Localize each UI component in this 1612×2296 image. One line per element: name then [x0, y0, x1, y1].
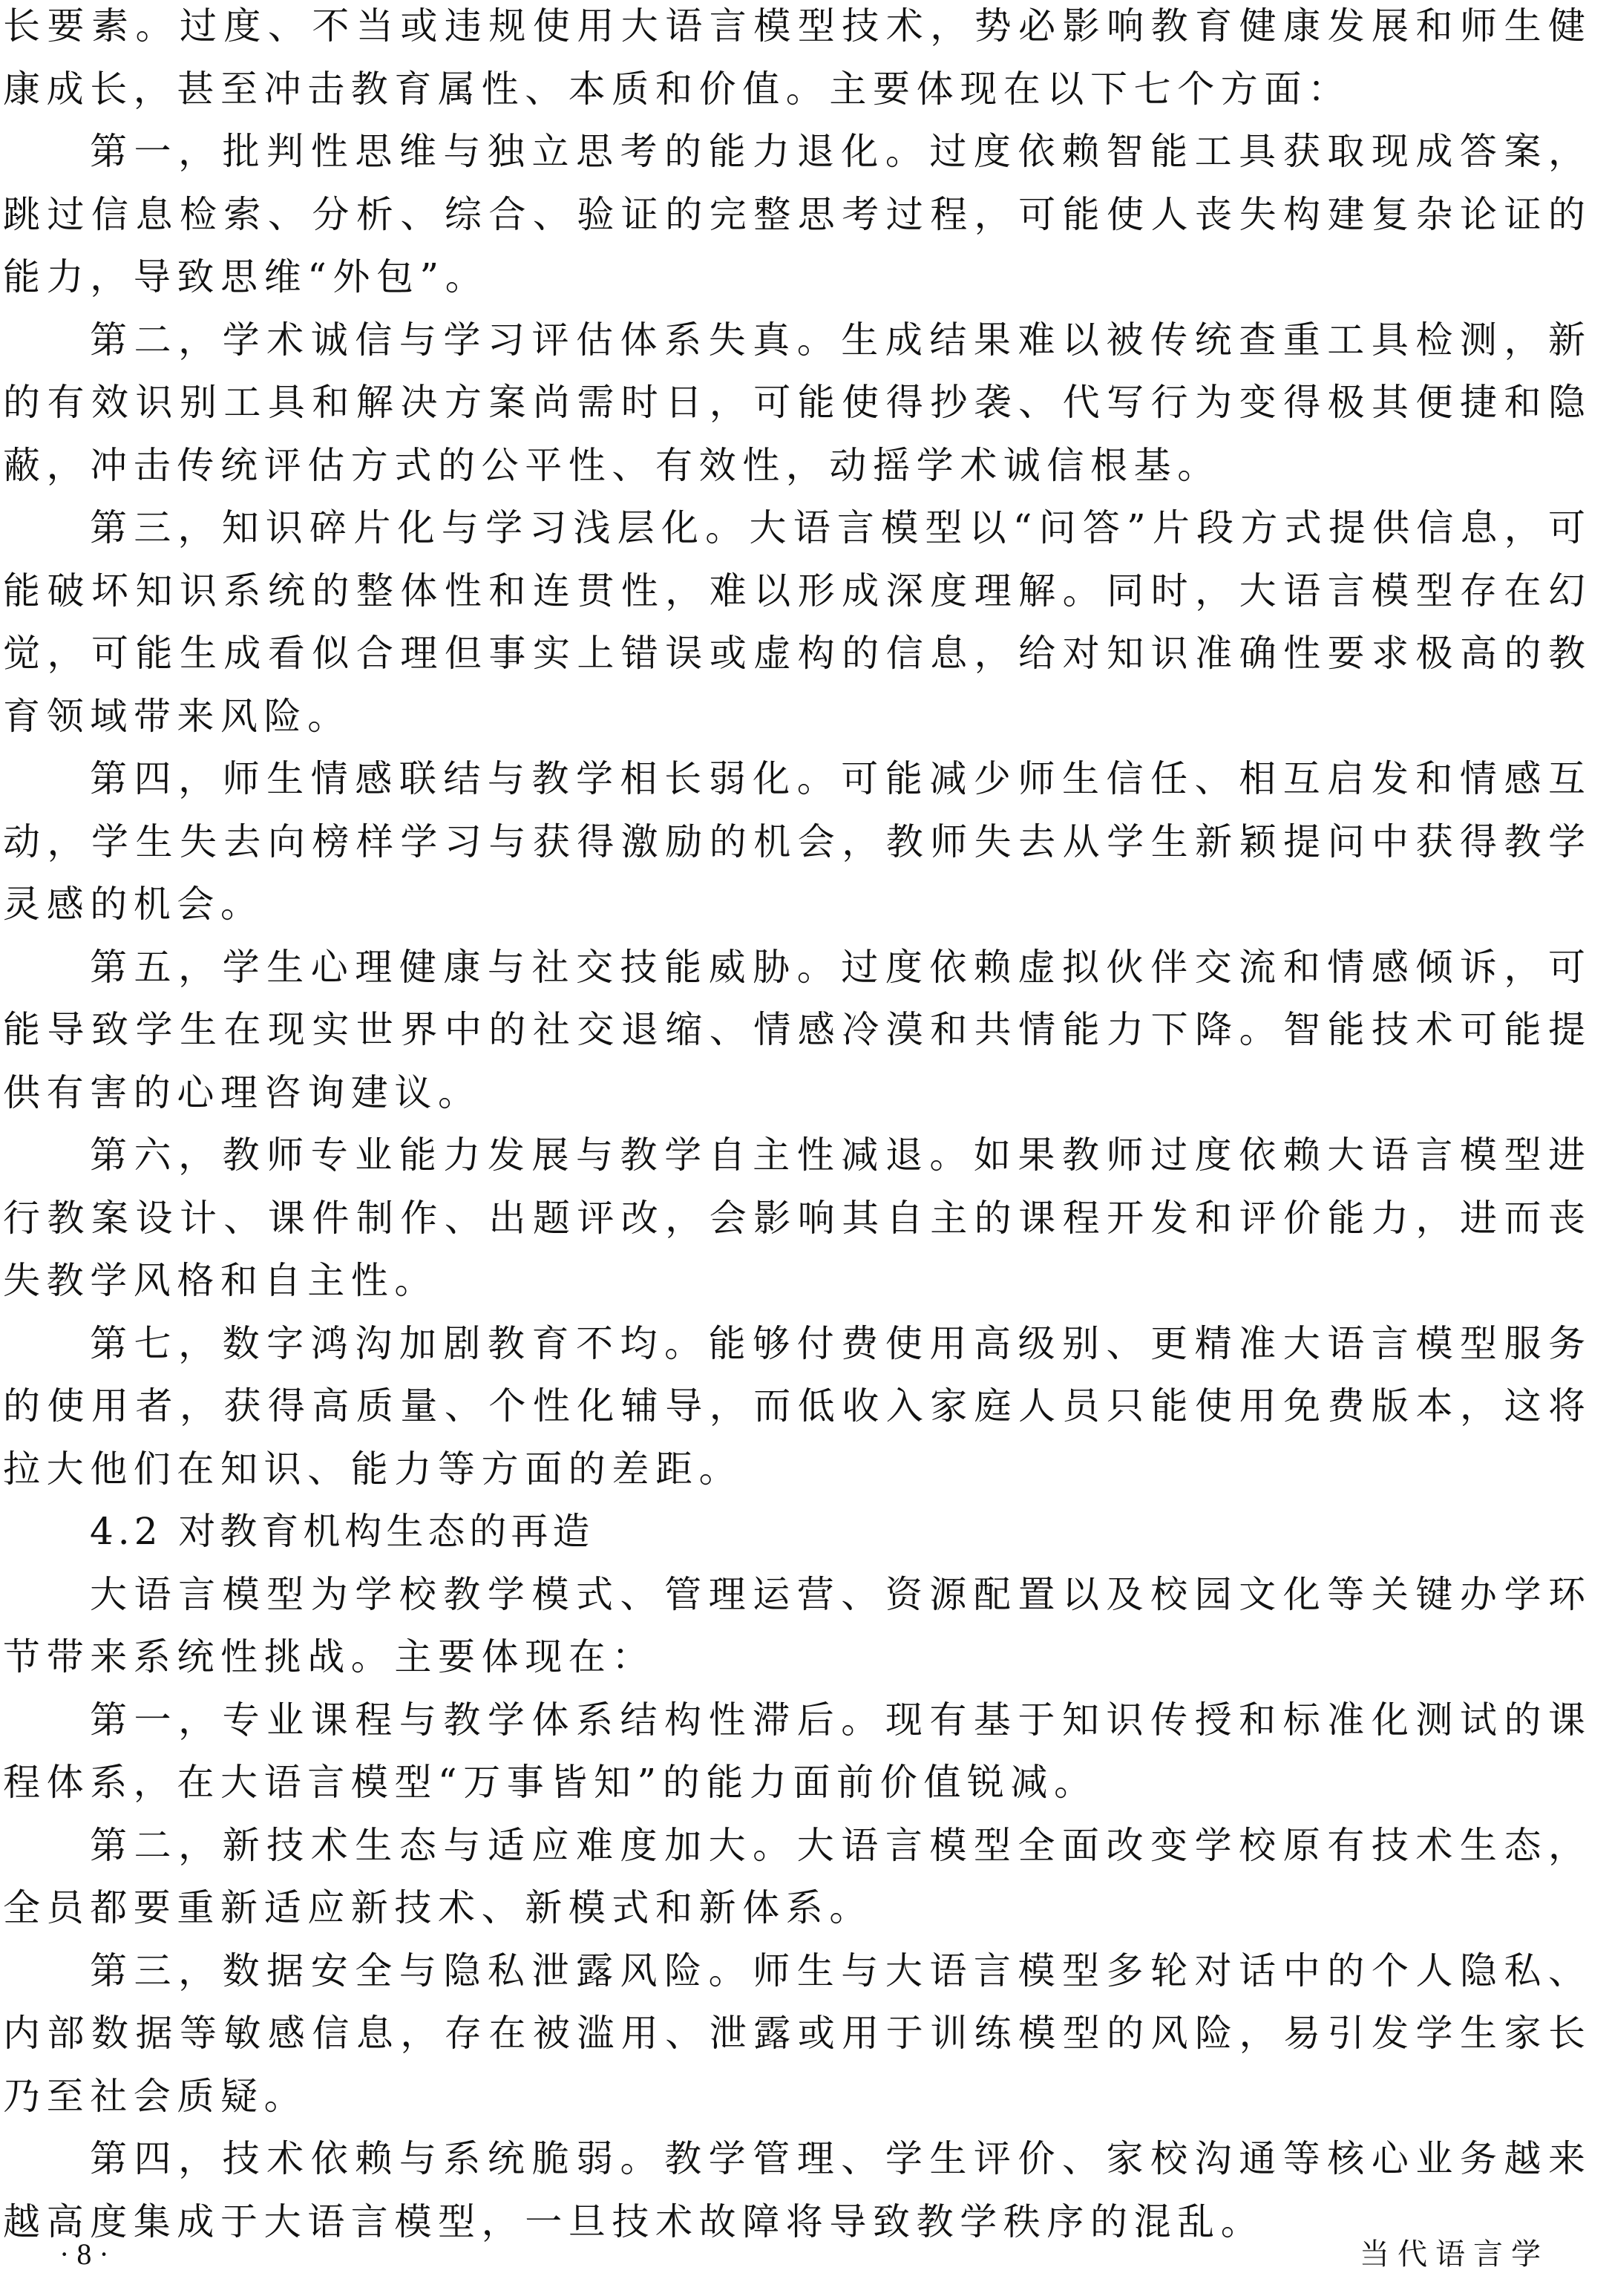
text-line: 供有害的心理咨询建议。	[3, 1071, 1591, 1134]
paragraph-start-line: 第二，学术诚信与学习评估体系失真。生成结果难以被传统查重工具检测，新	[3, 318, 1585, 382]
text-line: 灵感的机会。	[3, 883, 1591, 946]
text-line: 全员都要重新适应新技术、新模式和新体系。	[3, 1886, 1591, 1949]
page-number: ·8·	[59, 2236, 117, 2273]
text-line: 育领域带来风险。	[3, 695, 1591, 758]
text-line: 节带来系统性挑战。主要体现在：	[3, 1635, 1591, 1698]
paragraph-start-line: 第一，批判性思维与独立思考的能力退化。过度依赖智能工具获取现成答案，	[3, 130, 1585, 193]
text-line: 长要素。过度、不当或违规使用大语言模型技术，势必影响教育健康发展和师生健	[3, 4, 1585, 68]
text-line: 能破坏知识系统的整体性和连贯性，难以形成深度理解。同时，大语言模型存在幻	[3, 569, 1585, 632]
paragraph-start-line: 第四，师生情感联结与教学相长弱化。可能减少师生信任、相互启发和情感互	[3, 757, 1585, 820]
text-line: 越高度集成于大语言模型，一旦技术故障将导致教学秩序的混乱。	[3, 2200, 1591, 2263]
journal-title: 当代语言学	[1360, 2236, 1549, 2273]
paragraph-start-line: 第六，教师专业能力发展与教学自主性减退。如果教师过度依赖大语言模型进	[3, 1134, 1585, 1197]
text-line: 行教案设计、课件制作、出题评改，会影响其自主的课程开发和评价能力，进而丧	[3, 1197, 1585, 1260]
paragraph-start-line: 第五，学生心理健康与社交技能威胁。过度依赖虚拟伙伴交流和情感倾诉，可	[3, 946, 1585, 1009]
paragraph-start-line: 第三，数据安全与隐私泄露风险。师生与大语言模型多轮对话中的个人隐私、	[3, 1949, 1585, 2012]
text-line: 动，学生失去向榜样学习与获得激励的机会，教师失去从学生新颖提问中获得教学	[3, 820, 1585, 883]
text-line: 乃至社会质疑。	[3, 2075, 1591, 2138]
text-line: 拉大他们在知识、能力等方面的差距。	[3, 1448, 1591, 1511]
section-heading: 4.2 对教育机构生态的再造	[3, 1510, 1591, 1573]
text-line: 康成长，甚至冲击教育属性、本质和价值。主要体现在以下七个方面：	[3, 68, 1591, 131]
text-line: 能力，导致思维“外包”。	[3, 255, 1591, 318]
text-line: 觉，可能生成看似合理但事实上错误或虚构的信息，给对知识准确性要求极高的教	[3, 632, 1585, 695]
paragraph-start-line: 第一，专业课程与教学体系结构性滞后。现有基于知识传授和标准化测试的课	[3, 1698, 1585, 1762]
text-line: 能导致学生在现实世界中的社交退缩、情感冷漠和共情能力下降。智能技术可能提	[3, 1008, 1585, 1071]
text-line: 失教学风格和自主性。	[3, 1259, 1591, 1322]
text-line: 程体系，在大语言模型“万事皆知”的能力面前价值锐减。	[3, 1761, 1591, 1824]
text-line: 跳过信息检索、分析、综合、验证的完整思考过程，可能使人丧失构建复杂论证的	[3, 193, 1585, 256]
text-line: 蔽，冲击传统评估方式的公平性、有效性，动摇学术诚信根基。	[3, 444, 1591, 507]
paragraph-start-line: 第二，新技术生态与适应难度加大。大语言模型全面改变学校原有技术生态，	[3, 1824, 1585, 1887]
paragraph-start-line: 第七，数字鸿沟加剧教育不均。能够付费使用高级别、更精准大语言模型服务	[3, 1322, 1585, 1385]
text-line: 的使用者，获得高质量、个性化辅导，而低收入家庭人员只能使用免费版本，这将	[3, 1384, 1585, 1448]
paragraph-start-line: 第三，知识碎片化与学习浅层化。大语言模型以“问答”片段方式提供信息，可	[3, 506, 1585, 569]
paragraph-start-line: 第四，技术依赖与系统脆弱。教学管理、学生评价、家校沟通等核心业务越来	[3, 2137, 1585, 2200]
paragraph-start-line: 大语言模型为学校教学模式、管理运营、资源配置以及校园文化等关键办学环	[3, 1573, 1585, 1636]
text-line: 内部数据等敏感信息，存在被滥用、泄露或用于训练模型的风险，易引发学生家长	[3, 2012, 1585, 2075]
text-line: 的有效识别工具和解决方案尚需时日，可能使得抄袭、代写行为变得极其便捷和隐	[3, 381, 1585, 444]
document-body: 长要素。过度、不当或违规使用大语言模型技术，势必影响教育健康发展和师生健 康成长…	[3, 4, 1591, 2263]
